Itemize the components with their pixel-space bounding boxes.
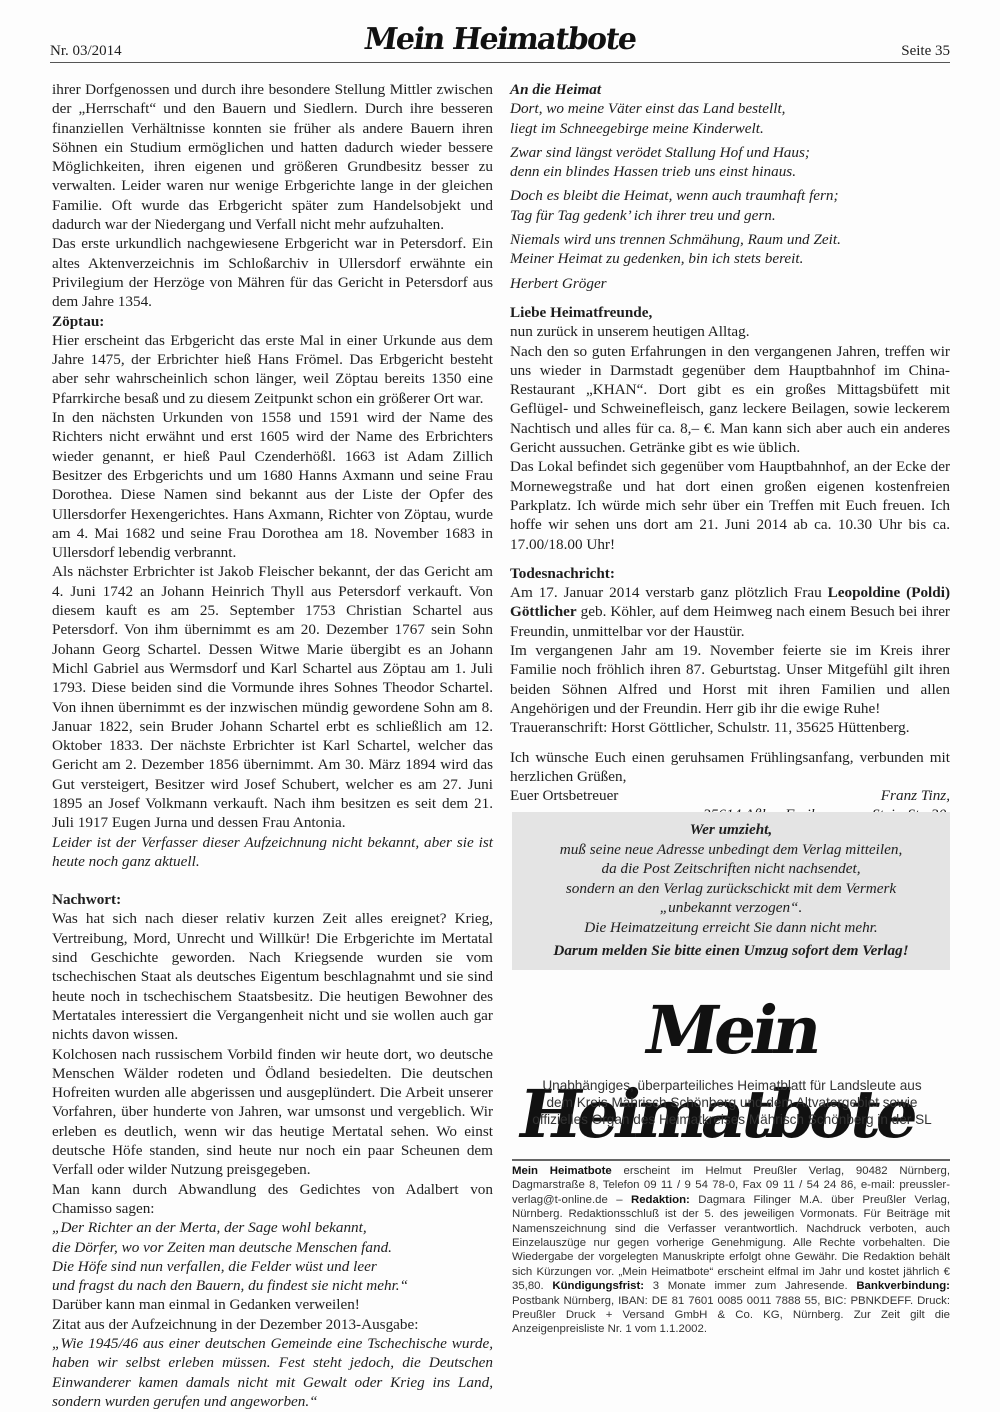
paragraph: In den nächsten Urkunden von 1558 und 15…	[52, 408, 493, 562]
paragraph: Im vergangenen Jahr am 19. November feie…	[510, 641, 950, 718]
paragraph: ihrer Dorfgenossen und durch ihre besond…	[52, 80, 493, 234]
paragraph: Zitat aus der Aufzeichnung in der Dezemb…	[52, 1315, 493, 1334]
verse-line: „Der Richter an der Merta, der Sage wohl…	[52, 1218, 493, 1237]
signoff-name: Franz Tinz,	[881, 786, 950, 805]
newspaper-logo: Mein Heimatbote	[362, 22, 638, 57]
imprint-text: Postbank Nürnberg, IBAN: DE 81 7601 0085…	[512, 1295, 950, 1336]
notice-line: „unbekannt verzogen“.	[512, 898, 950, 918]
poem-an-die-heimat: An die Heimat Dort, wo meine Väter einst…	[510, 80, 950, 293]
imprint-bold: Kündigungsfrist:	[552, 1280, 644, 1292]
paragraph: Man kann durch Abwandlung des Gedichtes …	[52, 1180, 493, 1219]
poem-stanza: Doch es bleibt die Heimat, wenn auch tra…	[510, 186, 950, 225]
imprint: Mein Heimatbote erscheint im Helmut Preu…	[512, 1164, 950, 1337]
paragraph: Als nächster Erbrichter ist Jakob Fleisc…	[52, 562, 493, 832]
imprint-bold: Bankverbindung:	[856, 1280, 950, 1292]
paragraph: Hier erscheint das Erbgericht das erste …	[52, 331, 493, 408]
page-header: Nr. 03/2014 Mein Heimatbote Seite 35	[50, 20, 950, 63]
signoff-line: Euer Ortsbetreuer Franz Tinz,	[510, 786, 950, 805]
section-heading-liebe-heimatfreunde: Liebe Heimatfreunde,	[510, 303, 950, 322]
section-heading-nachwort: Nachwort:	[52, 890, 493, 909]
masthead-logo: Mein Heimatbote	[505, 988, 960, 1072]
imprint-text: 3 Monate immer zum Jahresende.	[644, 1280, 856, 1292]
paragraph: Darüber kann man einmal in Gedanken verw…	[52, 1295, 493, 1314]
section-heading-todesnachricht: Todesnachricht:	[510, 564, 950, 583]
notice-title: Wer umzieht,	[512, 820, 950, 840]
imprint-text: Dagmara Filinger M.A. über Preußler Verl…	[512, 1194, 950, 1292]
paragraph: Ich wünsche Euch einen geruhsamen Frühli…	[510, 748, 950, 787]
tagline-line: Unabhängiges, überparteiliches Heimatbla…	[512, 1077, 952, 1094]
page-number: Seite 35	[901, 43, 950, 60]
imprint-bold: Redaktion:	[631, 1194, 690, 1206]
verse-line: denn ein blindes Hassen trieb uns einst …	[510, 162, 950, 181]
imprint-divider	[512, 1159, 950, 1161]
verse-line: Doch es bleibt die Heimat, wenn auch tra…	[510, 186, 950, 205]
verse-line: Tag für Tag gedenk’ ich ihrer treu und g…	[510, 206, 950, 225]
right-column: An die Heimat Dort, wo meine Väter einst…	[510, 80, 950, 844]
notice-line: sondern an den Verlag zurückschickt mit …	[512, 879, 950, 899]
chamisso-verse: „Der Richter an der Merta, der Sage wohl…	[52, 1218, 493, 1295]
masthead-tagline: Unabhängiges, überparteiliches Heimatbla…	[512, 1077, 952, 1128]
paragraph: Nach den so guten Erfahrungen in den ver…	[510, 342, 950, 458]
notice-line: muß seine neue Adresse unbedingt dem Ver…	[512, 840, 950, 860]
verse-line: und fragst du nach den Bauern, du findes…	[52, 1276, 493, 1295]
verse-line: Dort, wo meine Väter einst das Land best…	[510, 99, 950, 118]
notice-closing: Darum melden Sie bitte einen Umzug sofor…	[512, 941, 950, 961]
quote: „Wie 1945/46 aus einer deutschen Gemeind…	[52, 1334, 493, 1411]
mourning-address: Traueranschrift: Horst Göttlicher, Schul…	[510, 718, 950, 737]
text: Am 17. Januar 2014 verstarb ganz plötzli…	[510, 584, 828, 601]
left-column: ihrer Dorfgenossen und durch ihre besond…	[52, 80, 493, 1411]
verse-line: Meiner Heimat zu gedenken, bin ich stets…	[510, 249, 950, 268]
text: geb. Köhler, auf dem Heimweg nach einem …	[510, 603, 950, 639]
verse-line: Zwar sind längst verödet Stallung Hof un…	[510, 143, 950, 162]
poem-author: Herbert Gröger	[510, 274, 950, 293]
notice-line: da die Post Zeitschriften nicht nachsend…	[512, 859, 950, 879]
section-heading-zoeptau: Zöptau:	[52, 312, 493, 331]
paragraph: nun zurück in unserem heutigen Alltag.	[510, 322, 950, 341]
verse-line: liegt im Schneegebirge meine Kinderwelt.	[510, 119, 950, 138]
imprint-bold: Mein Heimatbote	[512, 1165, 612, 1177]
poem-title: An die Heimat	[510, 80, 950, 99]
notice-line: Die Heimatzeitung erreicht Sie dann nich…	[512, 918, 950, 938]
tagline-line: dem Kreis Mährisch Schönberg und dem Alt…	[512, 1094, 952, 1111]
paragraph: Kolchosen nach russischem Vorbild finden…	[52, 1045, 493, 1180]
paragraph: Was hat sich nach dieser relativ kurzen …	[52, 909, 493, 1044]
signoff-role: Euer Ortsbetreuer	[510, 786, 618, 805]
tagline-line: offizielles Organ des Heimatkreises Mähr…	[512, 1111, 952, 1128]
poem-stanza: Zwar sind längst verödet Stallung Hof un…	[510, 143, 950, 182]
paragraph: Am 17. Januar 2014 verstarb ganz plötzli…	[510, 583, 950, 641]
paragraph: Das Lokal befindet sich gegenüber vom Ha…	[510, 457, 950, 553]
poem-stanza: Dort, wo meine Väter einst das Land best…	[510, 99, 950, 138]
moving-notice-box: Wer umzieht, muß seine neue Adresse unbe…	[512, 812, 950, 970]
paragraph: Das erste urkundlich nachgewiesene Erbge…	[52, 234, 493, 311]
verse-line: Niemals wird uns trennen Schmähung, Raum…	[510, 230, 950, 249]
poem-stanza: Niemals wird uns trennen Schmähung, Raum…	[510, 230, 950, 269]
verse-line: Die Höfe sind nun verfallen, die Felder …	[52, 1257, 493, 1276]
verse-line: die Dörfer, wo vor Zeiten man deutsche M…	[52, 1238, 493, 1257]
issue-number: Nr. 03/2014	[50, 43, 122, 60]
author-note: Leider ist der Verfasser dieser Aufzeich…	[52, 833, 493, 872]
